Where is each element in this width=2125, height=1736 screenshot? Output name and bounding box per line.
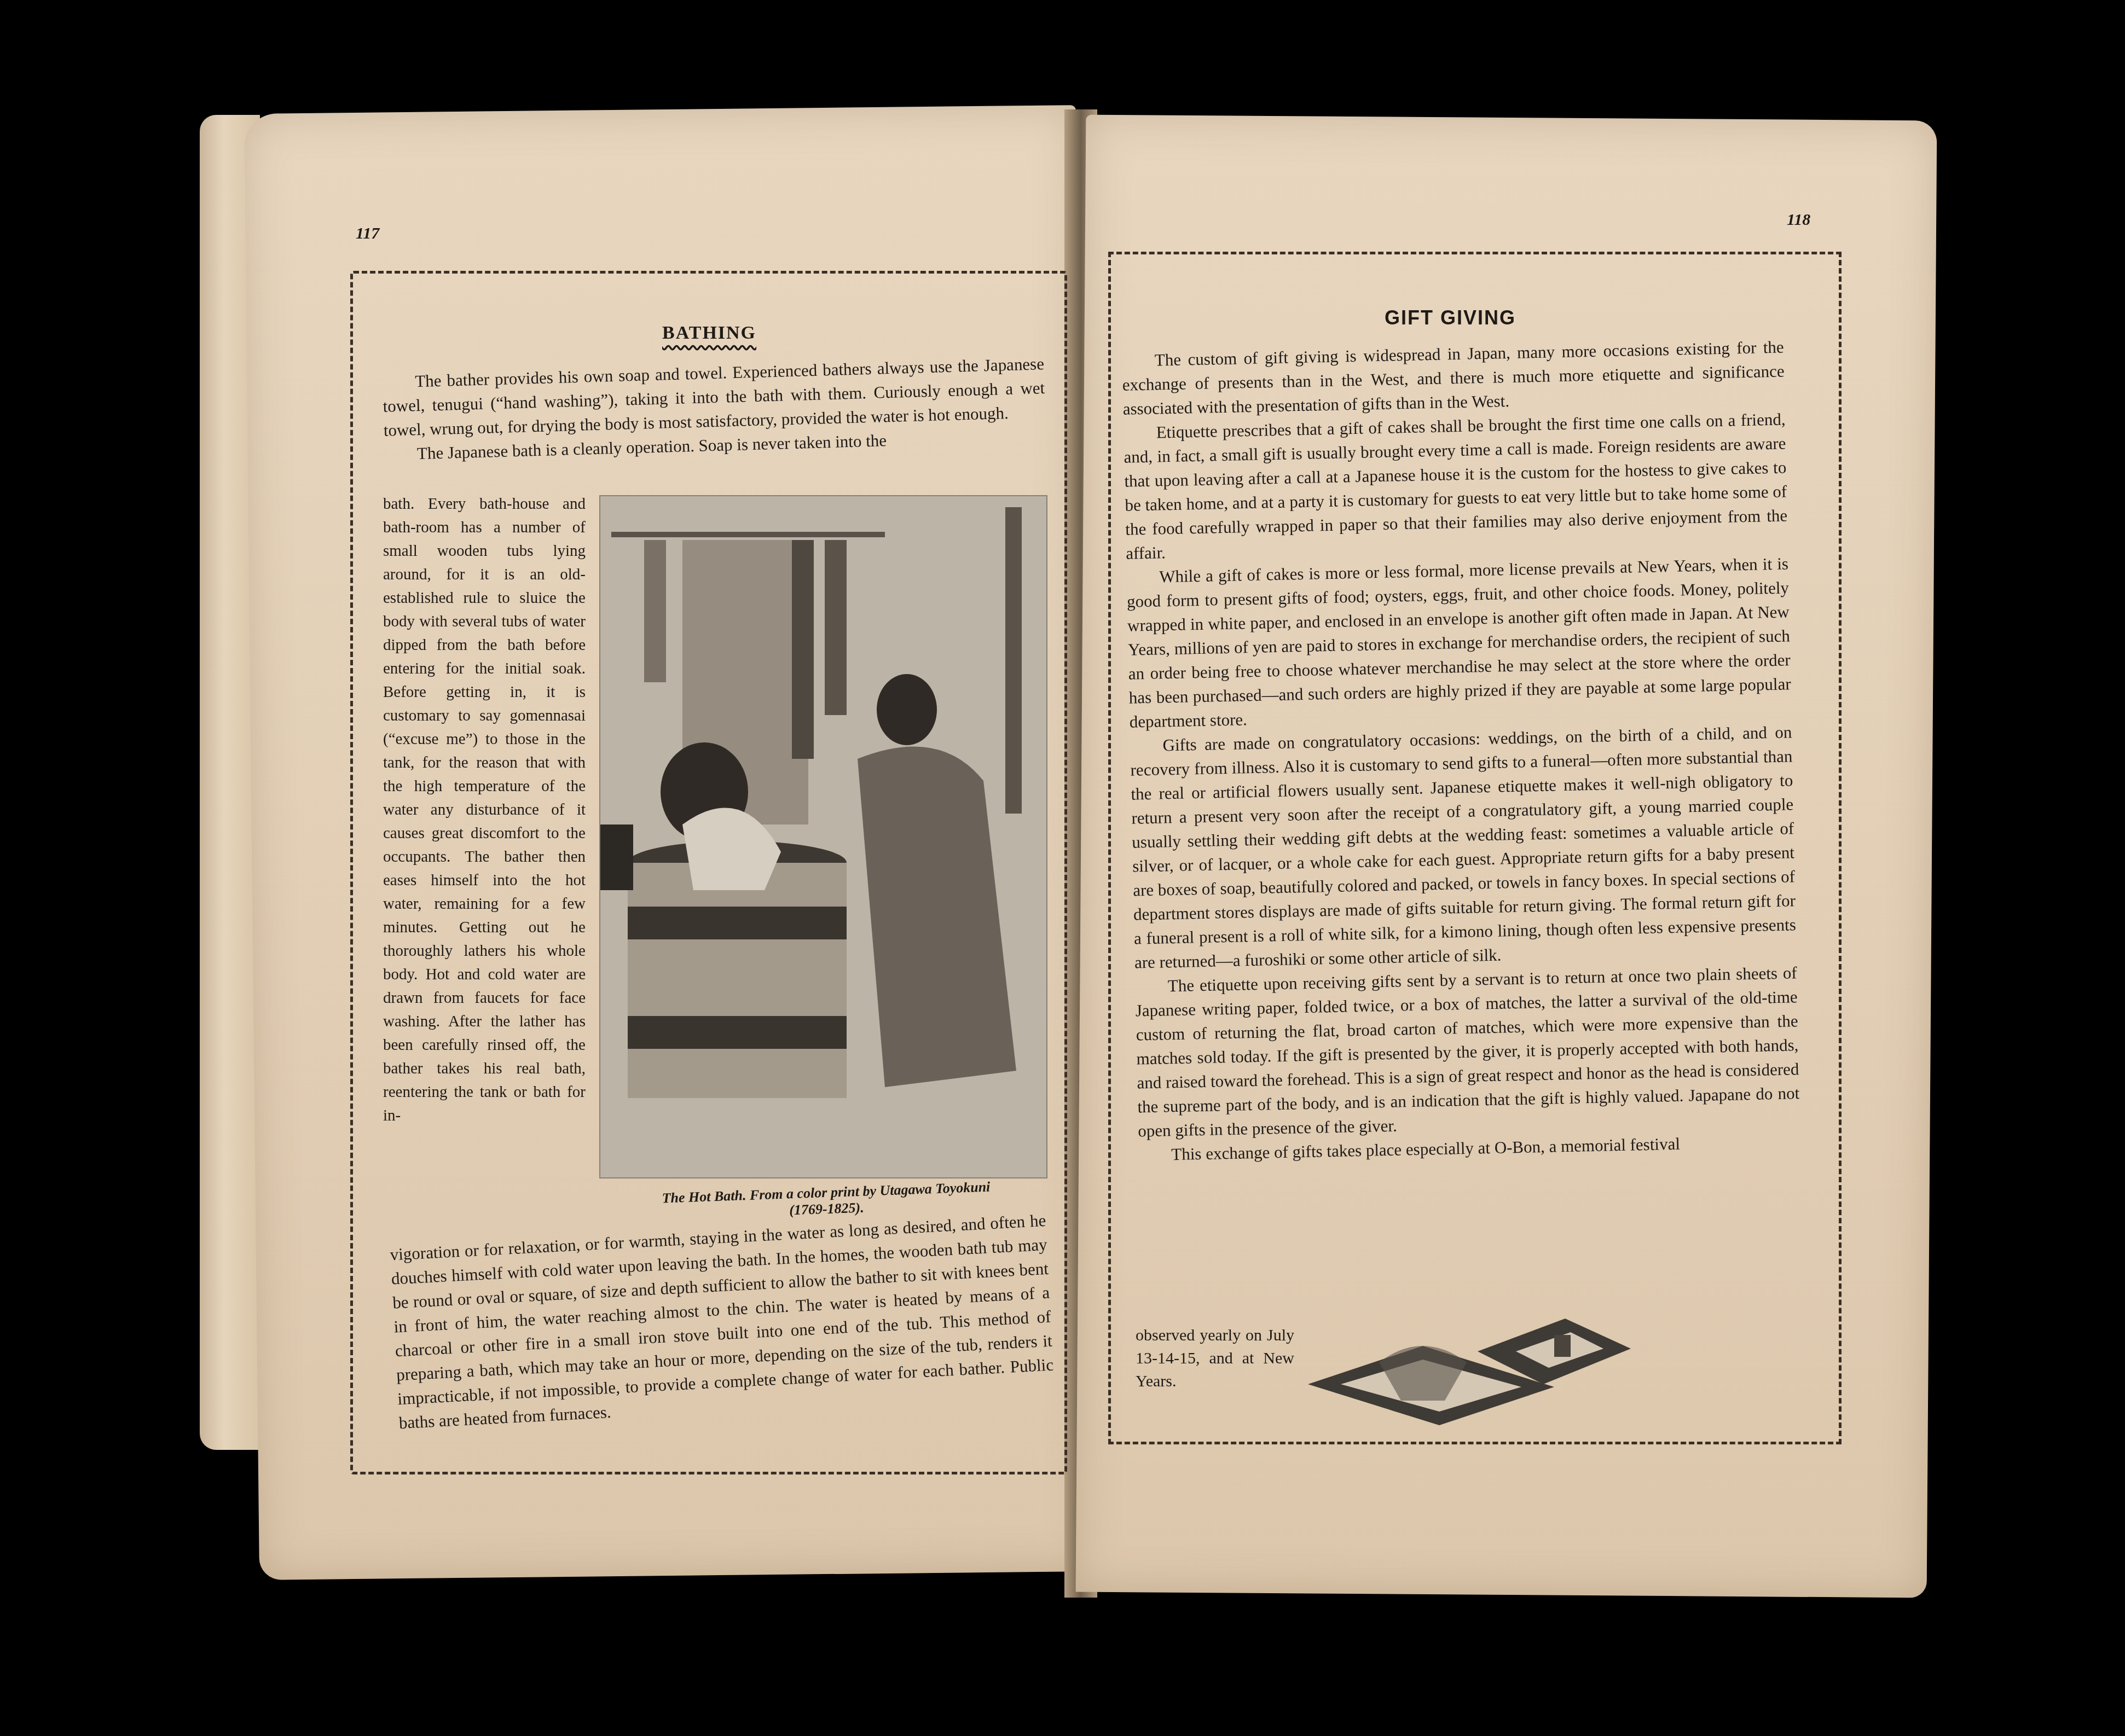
gift-trays-illustration [1302, 1302, 1631, 1436]
paragraph: The custom of gift giving is widespread … [1121, 335, 1785, 421]
obon-closing-text: observed yearly on July 13-14-15, and at… [1136, 1324, 1294, 1393]
page-number-right: 118 [1787, 211, 1810, 229]
page-title-gift-giving: GIFT GIVING [1385, 306, 1516, 329]
paragraph: Gifts are made on congratulatory occasio… [1130, 720, 1797, 974]
page-title-bathing: BATHING [662, 323, 756, 344]
paragraph: Etiquette prescribes that a gift of cake… [1123, 407, 1788, 565]
bathing-side-column: bath. Every bath-house and bath-room has… [383, 492, 586, 1128]
paragraph: The etiquette upon receiving gifts sent … [1134, 961, 1800, 1143]
bathing-intro: The bather provides his own soap and tow… [382, 352, 1046, 467]
open-book: 117 BATHING The bather provides his own … [0, 0, 2125, 1736]
bathing-conclusion: vigoration or for relaxation, or for war… [390, 1209, 1056, 1435]
gift-giving-body: The custom of gift giving is widespread … [1121, 335, 1800, 1167]
hot-bath-illustration [599, 495, 1047, 1178]
paragraph: While a gift of cakes is more or less fo… [1126, 551, 1792, 734]
page-number-left: 117 [356, 224, 379, 243]
